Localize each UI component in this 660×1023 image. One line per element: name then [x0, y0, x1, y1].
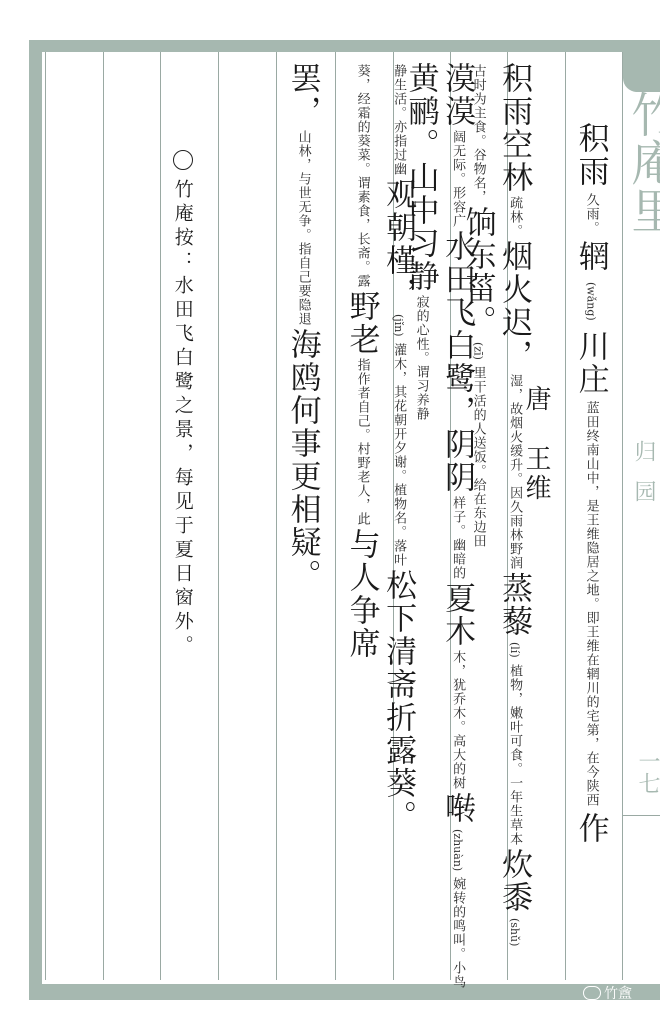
circle-mark-icon — [173, 150, 193, 170]
annotation-line: 村野老人，此 — [355, 442, 370, 526]
annotation: 疏林。 — [507, 196, 522, 238]
column-divider — [335, 52, 336, 980]
poem-text: 与人争席 — [343, 528, 380, 660]
annotation: 植物名。落叶灌木，其花朝开夕谢。 — [391, 343, 406, 567]
annotation-line: 谓素食，长斋。露 — [355, 176, 370, 288]
annotation-line: 湿，故烟火缓升。 — [507, 374, 522, 486]
pinyin: (zhuàn) — [451, 829, 464, 871]
annotation-line: 静生活。 — [391, 64, 406, 120]
annotation: 幽暗的样子。 — [450, 496, 465, 580]
annotation: 形容广阔无际。 — [450, 130, 465, 228]
title-text: 川庄 — [572, 330, 609, 396]
annotation-line: 山林，与世无争。 — [296, 130, 311, 242]
annotation-line: 因久雨林野润 — [507, 486, 522, 570]
poem-text: 蒸藜 — [496, 572, 533, 638]
pinyin: (wǎng) — [585, 282, 598, 321]
poem-text: 野老 — [343, 290, 380, 356]
annotation-line: 指自己要隐退 — [296, 242, 311, 326]
poem-text: 海鸥何事更相疑。 — [284, 328, 321, 592]
annotation-line: 疏林。 — [507, 196, 522, 238]
annotation-line: 幽暗的 — [450, 538, 465, 580]
column-divider — [565, 52, 566, 980]
annotation-line: 灌木，其花朝开夕谢。 — [391, 343, 406, 483]
title-text: 辋 — [572, 240, 609, 273]
title-text: 积雨 — [572, 122, 609, 188]
commentary-text: 竹庵按：水田飞白鹭之景，每见于夏日窗外。 — [171, 179, 194, 659]
poem-text: 积雨空林 — [496, 62, 533, 194]
poem-text: 夏木 — [439, 582, 476, 648]
column-divider — [103, 52, 104, 980]
margin-rule — [623, 815, 660, 816]
annotation: 村野老人，此指作者自己。 — [355, 358, 370, 526]
annotation-line: 样子。 — [450, 496, 465, 538]
annotation: 高大的树木，犹乔木。 — [450, 650, 465, 790]
column-divider — [276, 52, 277, 980]
annotation: 指自己要隐退山林，与世无争。 — [296, 130, 311, 326]
poem-text: 炊黍 — [496, 848, 533, 914]
annotation: 谓素食，长斋。露葵，经霜的葵菜。 — [355, 64, 370, 288]
annotation-line: 植物，嫩叶可食。 — [507, 664, 522, 776]
page-number: 一七 — [632, 750, 660, 794]
watermark-text: 竹盦 — [604, 983, 632, 1003]
annotation-line: 葵，经霜的葵菜。 — [355, 64, 370, 176]
pinyin: (lí) — [508, 642, 521, 658]
annotation-line: 亦指过幽 — [391, 120, 406, 176]
column-divider — [160, 52, 161, 980]
title-text: 作 — [572, 812, 609, 845]
margin-book-title: 竹庵里 — [627, 90, 660, 234]
poem-text: 烟火迟， — [496, 240, 533, 372]
wechat-icon — [583, 986, 601, 1000]
annotation: 即王维在辋川的宅第，在今陕西 — [584, 611, 599, 807]
poem-title-column: 积雨 久雨。 辋 (wǎng) 川庄 即王维在辋川的宅第，在今陕西 蓝田终南山中… — [572, 122, 609, 845]
annotation-line: 一年生草本 — [507, 776, 522, 846]
watermark: 竹盦 — [583, 983, 632, 1003]
column-divider — [218, 52, 219, 980]
poem-text: 观朝槿， — [380, 178, 417, 310]
poem-text: 松下清斋折露葵。 — [380, 569, 417, 833]
annotation-line: 阔无际。 — [450, 130, 465, 186]
annotation: 久雨。 — [584, 193, 599, 235]
pinyin: (jǐn) — [392, 314, 405, 337]
column-divider — [45, 52, 46, 980]
annotation: 亦指过幽静生活。 — [391, 64, 406, 176]
annotation: 一年生草本植物，嫩叶可食。 — [507, 664, 522, 846]
annotation-line: 婉转的鸣叫。 — [450, 877, 465, 961]
poem-column-4: 罢，指自己要隐退山林，与世无争。海鸥何事更相疑。 — [284, 62, 321, 592]
annotation: 因久雨林野润湿，故烟火缓升。 — [507, 374, 522, 570]
margin-section-title: 归园 — [628, 440, 659, 520]
annotation-line: 植物名。落叶 — [391, 483, 406, 567]
annotation: 蓝田终南山中，是王维隐居之地。 — [584, 401, 599, 611]
poem-text: 漠漠 — [439, 62, 476, 128]
margin-cap-ornament — [623, 52, 660, 92]
annotation-line: 小鸟 — [450, 961, 465, 989]
poem-text: 啭 — [439, 792, 476, 825]
pinyin: (shǔ) — [508, 918, 521, 946]
annotation: 小鸟婉转的鸣叫。 — [450, 877, 465, 989]
commentary-column: 竹庵按：水田飞白鹭之景，每见于夏日窗外。 — [171, 150, 194, 659]
annotation-line: 高大的树 — [450, 734, 465, 790]
annotation-line: 指作者自己。 — [355, 358, 370, 442]
poem-text: 罢， — [284, 62, 321, 128]
annotation-line: 木，犹乔木。 — [450, 650, 465, 734]
poem-column-3: 亦指过幽静生活。观朝槿，(jǐn)植物名。落叶灌木，其花朝开夕谢。松下清斋折露葵… — [343, 62, 416, 1023]
poem-text: 水田飞白鹭，阴阴 — [439, 230, 476, 494]
annotation-line: 形容广 — [450, 186, 465, 228]
